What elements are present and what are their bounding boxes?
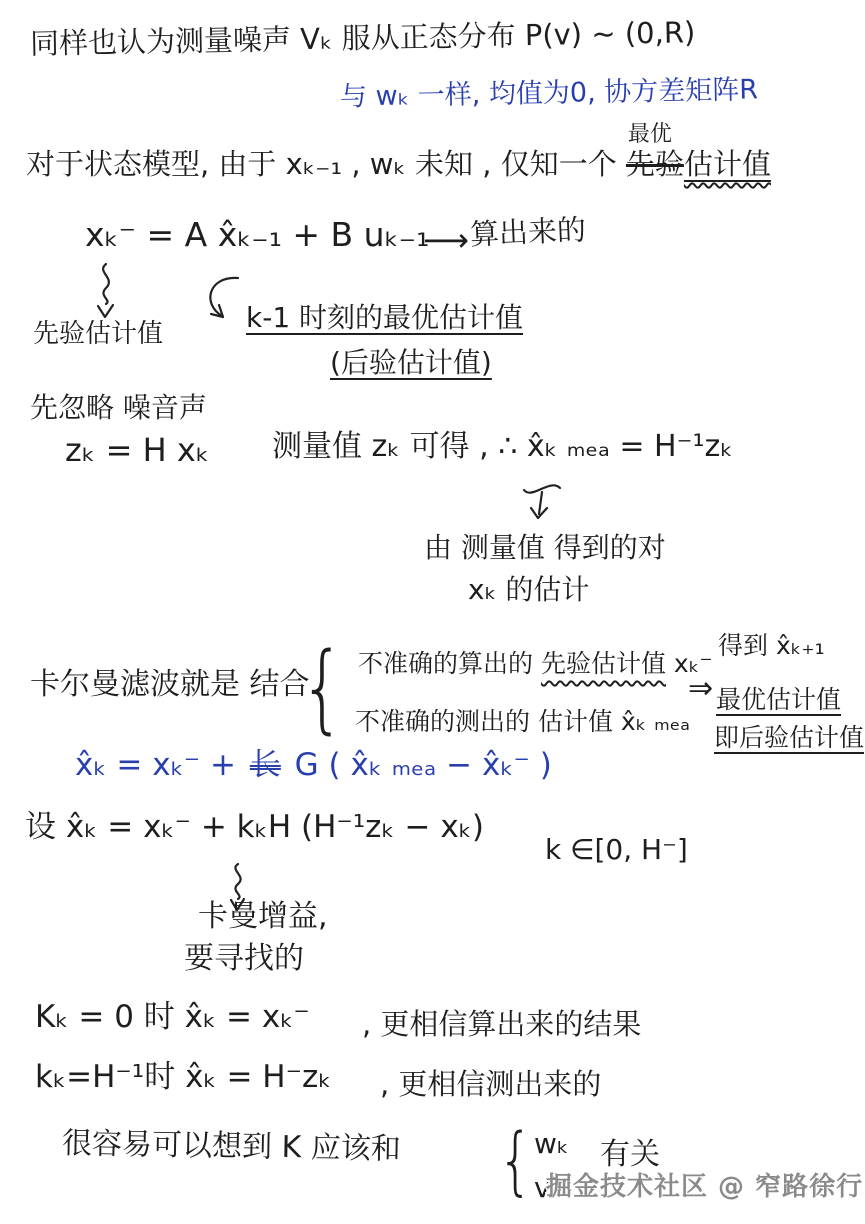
posterior-estimate-label: (后验估计值) bbox=[330, 347, 492, 379]
note-line-noise-properties: 与 wₖ 一样, 均值为0, 协方差矩阵R bbox=[340, 74, 758, 112]
curly-brace: { bbox=[300, 632, 346, 744]
prediction-equation: xₖ⁻ = A x̂ₖ₋₁ + B uₖ₋₁ bbox=[85, 216, 429, 254]
hook-arrow-icon bbox=[196, 274, 244, 330]
watermark-text: 掘金技术社区 @ 窄路徐行 bbox=[546, 1166, 863, 1203]
from-measurement-label-2: xₖ 的估计 bbox=[468, 574, 589, 606]
fusion-eq-left: x̂ₖ = xₖ⁻ + bbox=[75, 747, 246, 783]
prior-estimate-wavy: 先验估计值 bbox=[541, 649, 666, 678]
case2-note: , 更相信测出来的 bbox=[380, 1068, 601, 1101]
brace-top-line: 不准确的算出的 先验估计值 xₖ⁻ bbox=[358, 650, 713, 679]
k1-optimal-estimate-label: k-1 时刻的最优估计值 bbox=[246, 302, 523, 334]
struck-text: 先验 bbox=[626, 147, 684, 181]
final-conclusion-text: 很容易可以想到 K 应该和 bbox=[62, 1127, 401, 1167]
case1-note: , 更相信算出来的结果 bbox=[362, 1008, 641, 1041]
scribbled-out-symbol: 长 bbox=[250, 747, 281, 783]
process-noise-symbol: wₖ bbox=[534, 1128, 569, 1160]
fusion-equation-blue: x̂ₖ = xₖ⁻ + 长 G ( x̂ₖ ₘₑₐ − x̂ₖ⁻ ) bbox=[75, 748, 552, 784]
squiggle-arrow-icon bbox=[520, 478, 564, 532]
squiggle-arrow-icon bbox=[92, 262, 120, 320]
implies-arrow: ⇒ bbox=[688, 672, 713, 707]
note-line-measurement-noise: 同样也认为测量噪声 Vₖ 服从正态分布 P(v) ~ (0,R) bbox=[30, 16, 696, 61]
correction-above: 最优 bbox=[628, 122, 672, 147]
result-line-1: 得到 x̂ₖ₊₁ bbox=[718, 632, 825, 661]
handwritten-note-page: 同样也认为测量噪声 Vₖ 服从正态分布 P(v) ~ (0,R) 与 wₖ 一样… bbox=[0, 0, 865, 1224]
kalman-gain-label-1: 卡曼增益, bbox=[198, 900, 328, 935]
result-line-3: 即后验估计值 bbox=[714, 724, 864, 753]
result-line-2: 最优估计值 bbox=[716, 686, 841, 715]
curly-brace: { bbox=[498, 1118, 533, 1204]
ignore-noise-line: 先忽略 噪音声 bbox=[30, 392, 207, 424]
gain-range: k ∈[0, H⁻] bbox=[545, 834, 688, 866]
from-measurement-label-1: 由 测量值 得到的对 bbox=[424, 532, 666, 564]
corrected-phrase: 最优先验估计值 bbox=[626, 147, 771, 181]
crossed-out-term: 最优先验 bbox=[626, 148, 684, 181]
fusion-eq-right: G ( x̂ₖ ₘₑₐ − x̂ₖ⁻ ) bbox=[285, 747, 552, 783]
case2-equation: kₖ=H⁻¹时 x̂ₖ = H⁻zₖ bbox=[35, 1060, 331, 1096]
long-arrow: ⟶ bbox=[423, 222, 469, 259]
kalman-gain-label-2: 要寻找的 bbox=[184, 942, 304, 977]
kalman-intro-line: 卡尔曼滤波就是 结合 bbox=[30, 668, 310, 703]
inaccurate-computed-text: 不准确的算出的 bbox=[358, 649, 541, 678]
case1-equation: Kₖ = 0 时 x̂ₖ = xₖ⁻ bbox=[35, 1000, 310, 1036]
note-line-state-model: 对于状态模型, 由于 xₖ₋₁ , wₖ 未知 , 仅知一个 最优先验估计值 bbox=[26, 148, 771, 181]
brace-bottom-line: 不准确的测出的 估计值 x̂ₖ ₘₑₐ bbox=[355, 708, 690, 737]
measurement-equation: zₖ = H xₖ bbox=[65, 432, 209, 469]
measurement-note: 测量值 zₖ 可得 , ∴ x̂ₖ ₘₑₐ = H⁻¹zₖ bbox=[272, 430, 733, 465]
estimate-word: 估计值 bbox=[684, 147, 771, 181]
prior-estimate-label: 先验估计值 bbox=[33, 320, 163, 350]
gain-definition-equation: 设 x̂ₖ = xₖ⁻ + kₖH (H⁻¹zₖ − xₖ) bbox=[25, 810, 484, 846]
state-model-text: 对于状态模型, 由于 xₖ₋₁ , wₖ 未知 , 仅知一个 bbox=[26, 147, 626, 181]
computed-note: 算出来的 bbox=[469, 213, 586, 251]
